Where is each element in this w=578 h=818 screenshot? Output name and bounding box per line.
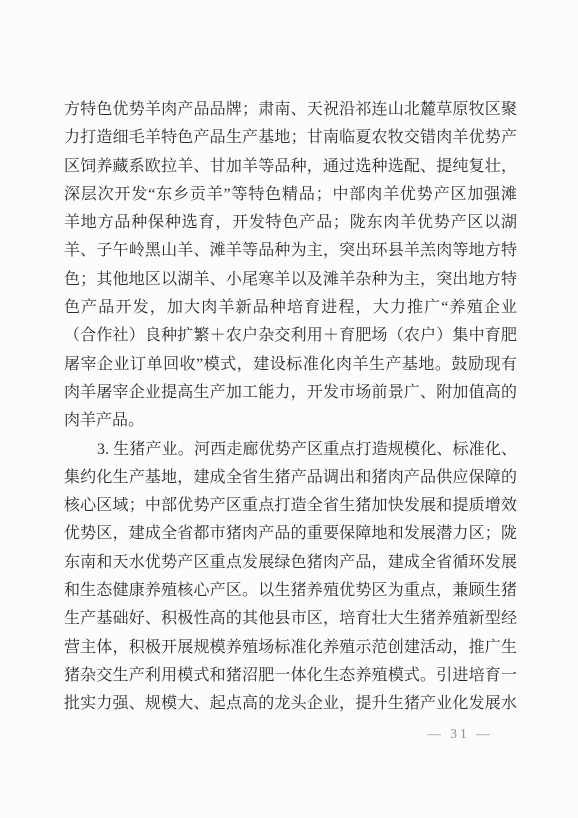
text-line: 和生态健康养殖核心产区。以生猪养殖优势区为重点，兼顾生猪 — [64, 577, 517, 605]
text-line: 核心区域；中部优势产区重点打造全省生猪加快发展和提质增效 — [64, 492, 517, 520]
text-line: 色产品开发，加大肉羊新品种培育进程，大力推广“养殖企业 — [64, 294, 517, 322]
text-line: （合作社）良种扩繁＋农户杂交利用＋育肥场（农户）集中育肥＋ — [64, 322, 517, 350]
document-page: 方特色优势羊肉产品品牌；肃南、天祝沿祁连山北麓草原牧区聚 力打造细毛羊特色产品生… — [0, 0, 578, 818]
text-line-paragraph-start: 3. 生猪产业。河西走廊优势产区重点打造规模化、标准化、 — [64, 436, 517, 464]
text-line-paragraph-end: 肉羊产品。 — [64, 407, 517, 435]
text-line: 色；其他地区以湖羊、小尾寒羊以及滩羊杂种为主，突出地方特 — [64, 266, 517, 294]
text-line: 营主体，积极开展规模养殖场标准化养殖示范创建活动，推广生 — [64, 634, 517, 662]
text-line: 方特色优势羊肉产品品牌；肃南、天祝沿祁连山北麓草原牧区聚 — [64, 96, 517, 124]
text-line: 羊地方品种保种选育，开发特色产品；陇东肉羊优势产区以湖 — [64, 209, 517, 237]
text-line: 区饲养藏系欧拉羊、甘加羊等品种，通过选种选配、提纯复壮， — [64, 153, 517, 181]
page-number: — 31 — — [400, 726, 520, 742]
text-line: 东南和天水优势产区重点发展绿色猪肉产品，建成全省循环发展 — [64, 549, 517, 577]
text-line: 力打造细毛羊特色产品生产基地；甘南临夏农牧交错肉羊优势产 — [64, 124, 517, 152]
text-line: 羊、子午岭黑山羊、滩羊等品种为主，突出环县羊羔肉等地方特 — [64, 237, 517, 265]
text-line: 批实力强、规模大、起点高的龙头企业，提升生猪产业化发展水 — [64, 690, 517, 718]
text-line: 猪杂交生产利用模式和猪沼肥一体化生态养殖模式。引进培育一 — [64, 662, 517, 690]
text-line: 优势区，建成全省都市猪肉产品的重要保障地和发展潜力区；陇 — [64, 520, 517, 548]
text-line: 集约化生产基地，建成全省生猪产品调出和猪肉产品供应保障的 — [64, 464, 517, 492]
text-line: 深层次开发“东乡贡羊”等特色精品；中部肉羊优势产区加强滩 — [64, 181, 517, 209]
text-line: 生产基础好、积极性高的其他县市区，培育壮大生猪养殖新型经 — [64, 605, 517, 633]
text-line: 屠宰企业订单回收”模式，建设标准化肉羊生产基地。鼓励现有 — [64, 351, 517, 379]
text-line: 肉羊屠宰企业提高生产加工能力，开发市场前景广、附加值高的 — [64, 379, 517, 407]
body-text: 方特色优势羊肉产品品牌；肃南、天祝沿祁连山北麓草原牧区聚 力打造细毛羊特色产品生… — [64, 96, 517, 719]
